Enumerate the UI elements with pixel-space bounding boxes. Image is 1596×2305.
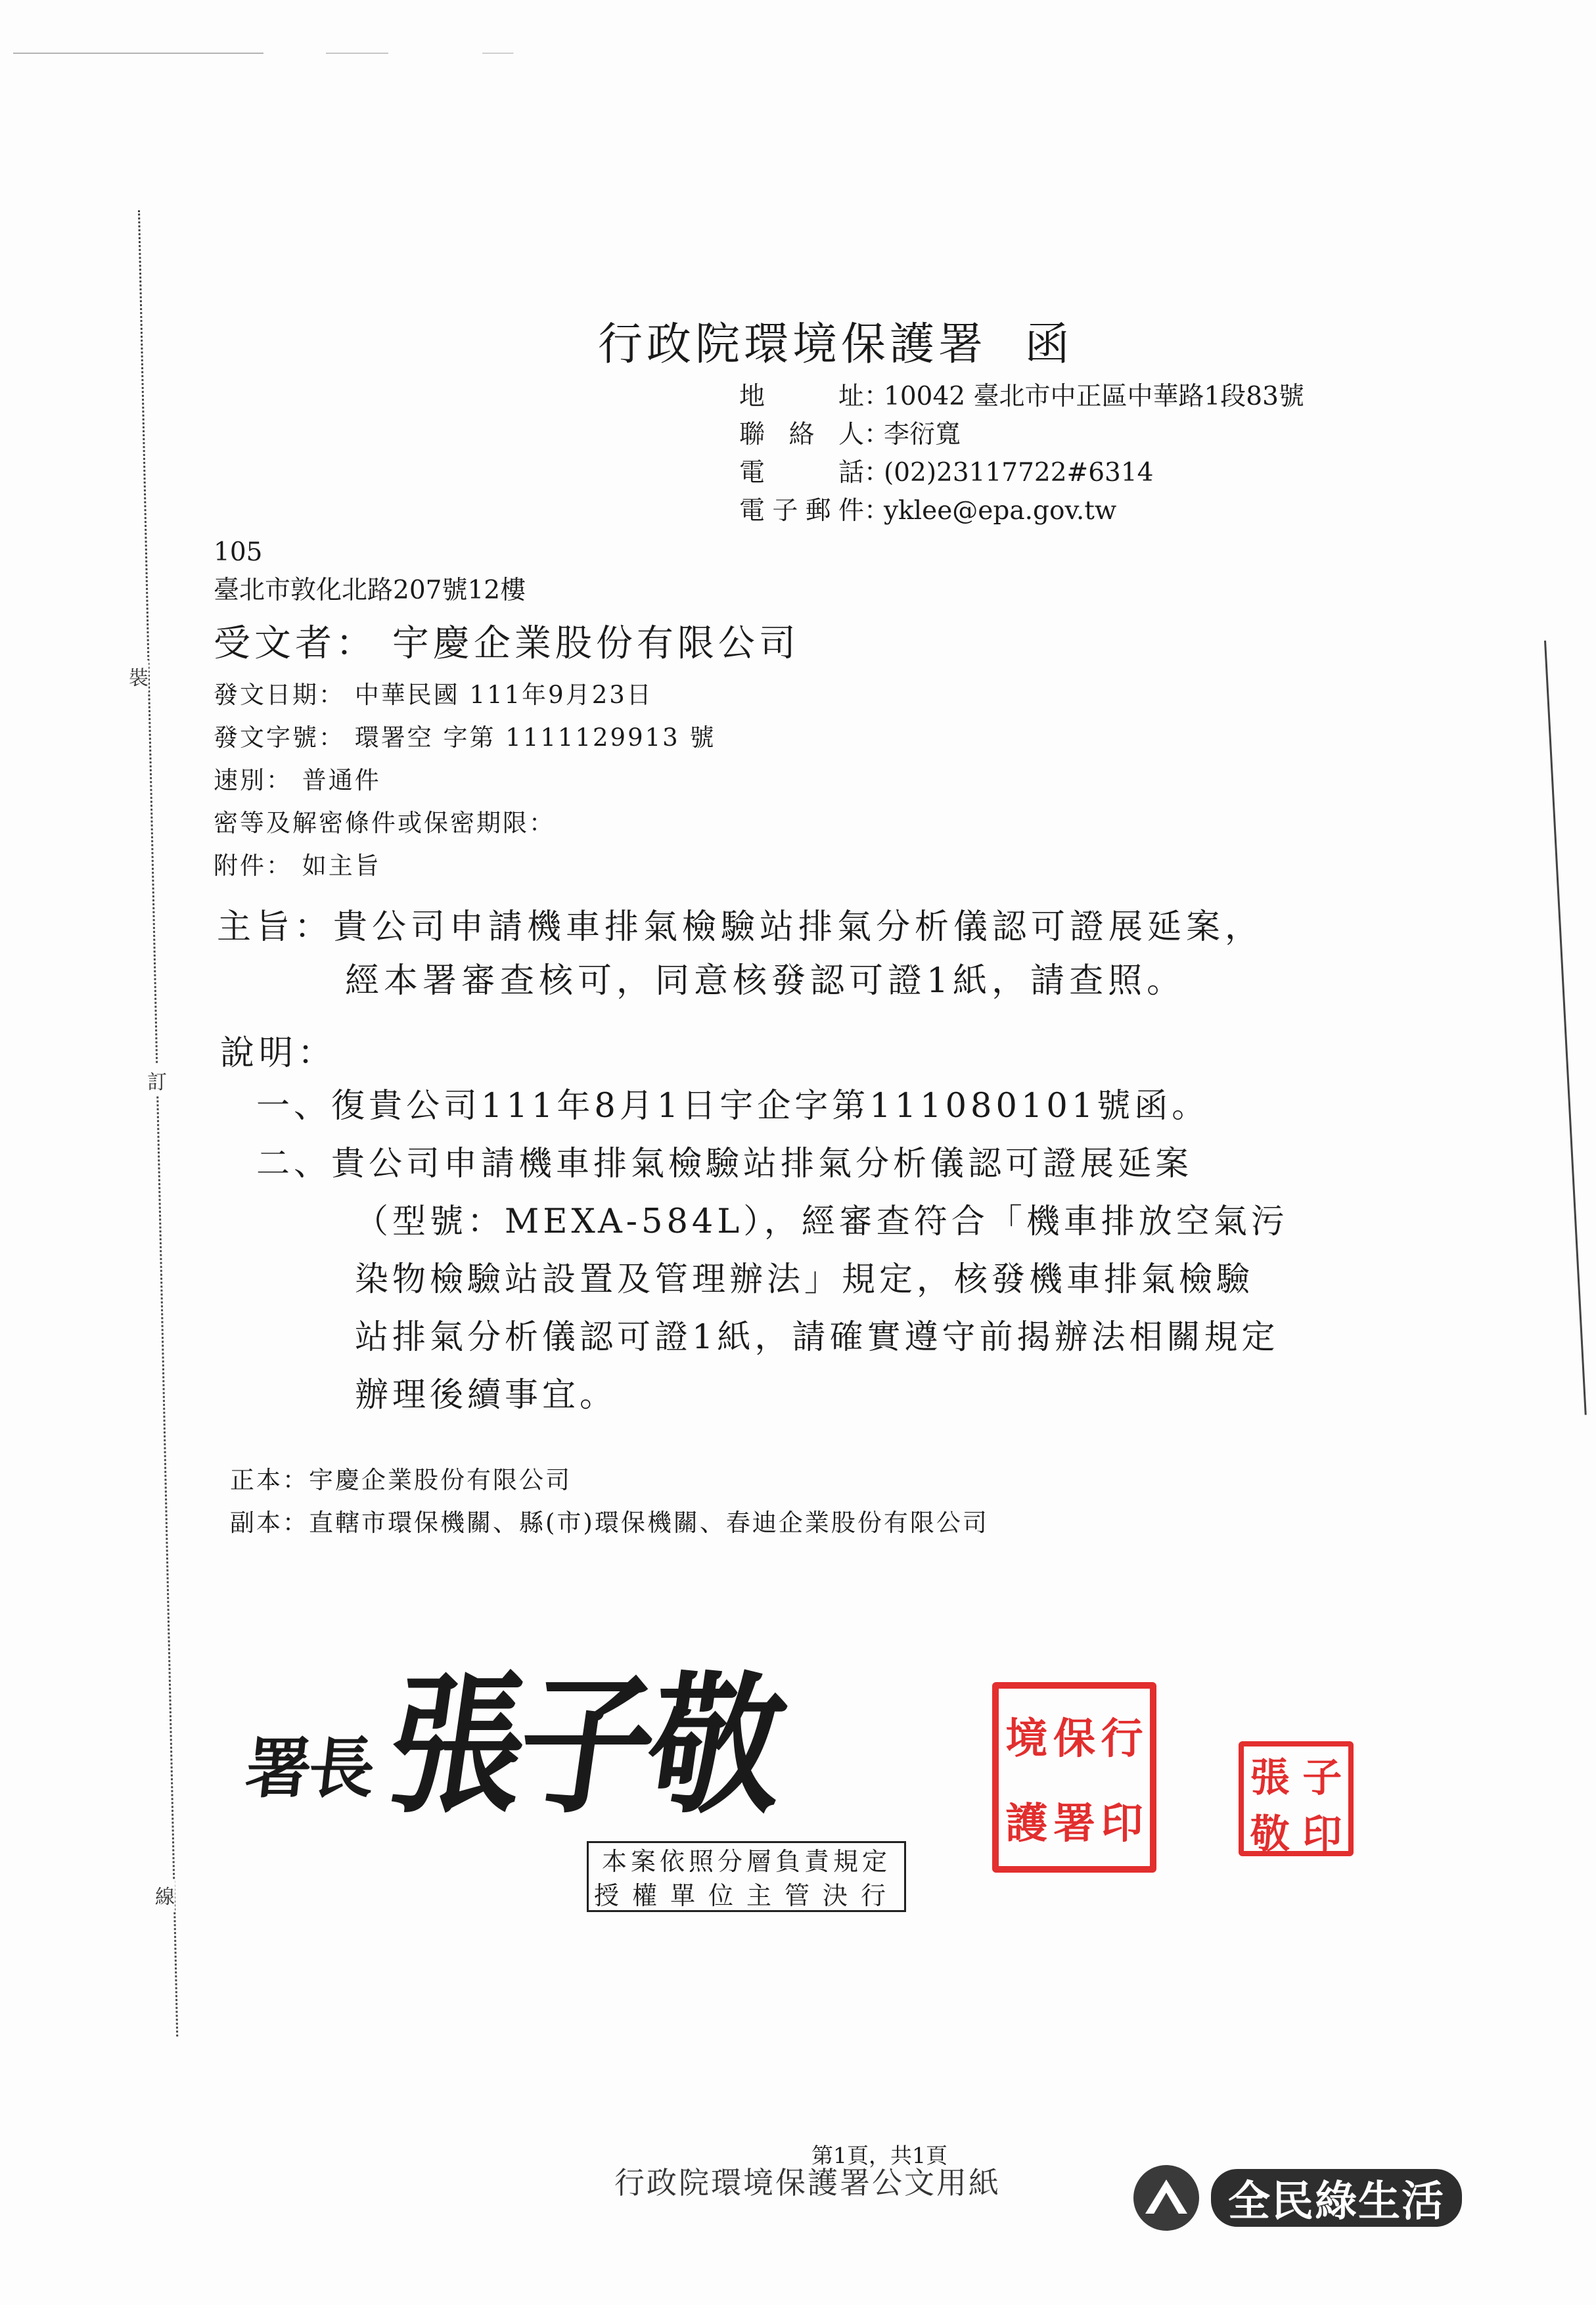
recipient-name: 宇慶企業股份有限公司 [392, 622, 800, 665]
recipient-address-block: 105 臺北市敦化北路207號12樓 [214, 534, 526, 610]
binding-dotted-line [138, 210, 178, 2036]
document-meta: 發文日期： 中華民國 111年9月23日 發文字號： 環署空 字第 111112… [214, 673, 716, 887]
original-recipient: 正本：宇慶企業股份有限公司 [230, 1459, 989, 1501]
attachment: 附件： 如主旨 [214, 844, 716, 887]
contact-person-value: 李衍寬 [884, 416, 961, 454]
subject-line-1: 貴公司申請機車排氣檢驗站排氣分析儀認可證展延案， [333, 907, 1264, 947]
subject-label: 主旨： [217, 907, 333, 947]
scan-right-edge-line [1544, 641, 1587, 1415]
contact-block: 地址 ： 10042 臺北市中正區中華路1段83號 聯絡人 ： 李衍寬 電話 ：… [739, 378, 1304, 530]
agency-seal: 境保行 護署印 [992, 1682, 1156, 1873]
contact-address: 地址 ： 10042 臺北市中正區中華路1段83號 [739, 378, 1304, 416]
personal-seal: 張子 敬印 [1239, 1741, 1354, 1856]
document-number: 發文字號： 環署空 字第 1111129913 號 [214, 716, 716, 759]
recipient-line: 受文者： 宇慶企業股份有限公司 [214, 614, 800, 667]
document-type: 函 [1025, 319, 1074, 371]
scan-edge-line [13, 53, 1577, 54]
email-value[interactable]: yklee@epa.gov.tw [884, 492, 1116, 530]
subject-section: 主旨：貴公司申請機車排氣檢驗站排氣分析儀認可證展延案， 經本署審查核可，同意核發… [217, 900, 1264, 1008]
phone-value: (02)23117722#6314 [884, 454, 1154, 492]
binding-mark-ding: 訂 [147, 1064, 167, 1096]
signature-block: 署長 張子敬 [246, 1636, 781, 1830]
authorization-stamp: 本案依照分層負責規定 授權單位主管決行 [587, 1841, 906, 1912]
explanation-item-2-line-5: 辦理後續事宜。 [256, 1367, 1288, 1425]
contact-phone: 電話 ： (02)23117722#6314 [739, 454, 1304, 492]
logo-text: 全民綠生活 [1211, 2169, 1462, 2227]
contact-label: 電子郵件 [739, 492, 864, 530]
document-title: 行政院環境保護署 函 [598, 309, 1074, 373]
agency-name: 行政院環境保護署 [598, 319, 987, 371]
binding-mark-zhuang: 裝 [129, 660, 148, 692]
signer-title: 署長 [241, 1716, 377, 1810]
cc-recipients: 副本：直轄市環保機關、縣(市)環保機關、春迪企業股份有限公司 [230, 1501, 989, 1544]
explanation-item-2-line-3: 染物檢驗站設置及管理辦法」規定，核發機車排氣檢驗 [256, 1251, 1288, 1309]
contact-label: 地址 [739, 378, 864, 416]
signer-name: 張子敬 [377, 1624, 796, 1841]
recipient-label: 受文者： [214, 622, 376, 665]
issue-date: 發文日期： 中華民國 111年9月23日 [214, 673, 716, 716]
distribution: 正本：宇慶企業股份有限公司 副本：直轄市環保機關、縣(市)環保機關、春迪企業股份… [230, 1459, 989, 1544]
explanation-item-2-line-2: （型號：MEXA-584L），經審查符合「機車排放空氣污 [256, 1193, 1288, 1251]
contact-label: 聯絡人 [739, 416, 864, 454]
mountain-logo-icon [1133, 2165, 1199, 2231]
contact-label: 電話 [739, 454, 864, 492]
explanation-label: 說明： [220, 1025, 336, 1074]
subject-line-2: 經本署審查核可，同意核發認可證1紙，請查照。 [217, 954, 1264, 1008]
address-value: 10042 臺北市中正區中華路1段83號 [884, 378, 1304, 416]
explanation-item-2: 二、貴公司申請機車排氣檢驗站排氣分析儀認可證展延案 [256, 1135, 1288, 1193]
explanation-item-1: 一、復貴公司111年8月1日宇企字第111080101號函。 [256, 1078, 1288, 1135]
recipient-address: 臺北市敦化北路207號12樓 [214, 572, 526, 610]
explanation-item-2-line-4: 站排氣分析儀認可證1紙，請確實遵守前揭辦法相關規定 [256, 1309, 1288, 1367]
contact-person: 聯絡人 ： 李衍寬 [739, 416, 1304, 454]
green-life-logo: 全民綠生活 [1133, 2165, 1462, 2231]
delivery-speed: 速別： 普通件 [214, 759, 716, 802]
contact-email: 電子郵件 ： yklee@epa.gov.tw [739, 492, 1304, 530]
binding-mark-xian: 線 [155, 1879, 175, 1911]
explanation-items: 一、復貴公司111年8月1日宇企字第111080101號函。 二、貴公司申請機車… [256, 1078, 1288, 1425]
secrecy-level: 密等及解密條件或保密期限： [214, 802, 716, 844]
postal-code: 105 [214, 534, 526, 572]
official-paper-label: 行政院環境保護署公文用紙 [614, 2159, 1001, 2202]
